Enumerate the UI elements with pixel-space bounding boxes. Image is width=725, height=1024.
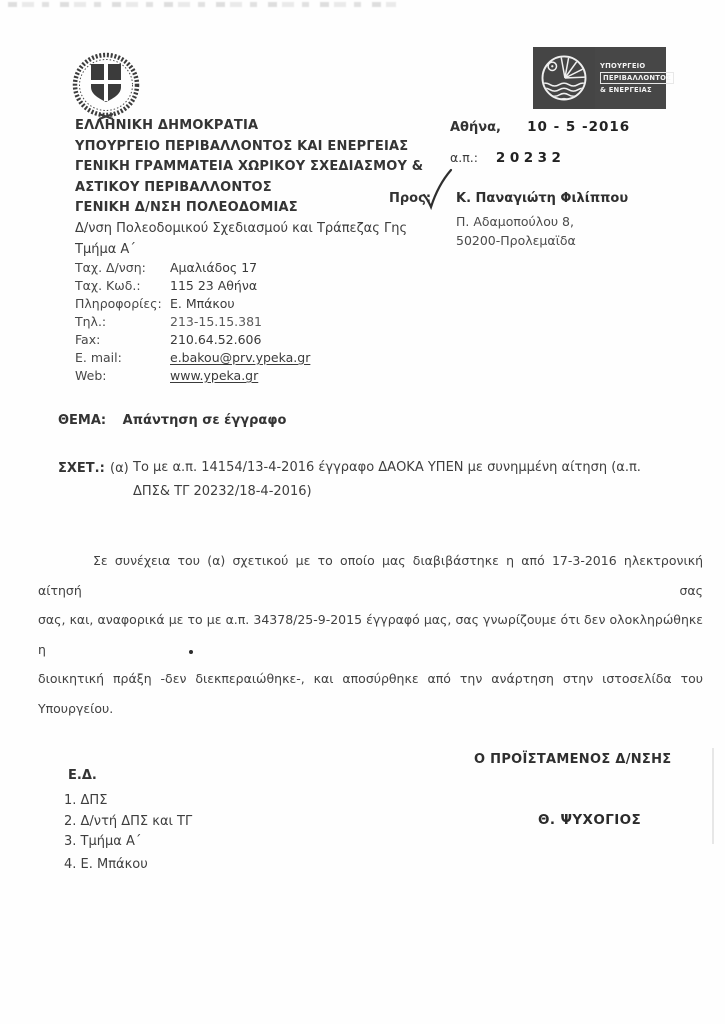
contact-row-fax: Fax: 210.64.52.606 (75, 331, 310, 349)
scan-edge-smudge (712, 748, 714, 844)
body-line: Σε συνέχεια του (α) σχετικού με το οποίο… (38, 546, 703, 605)
contact-email-value: e.bakou@prv.ypeka.gr (170, 349, 310, 367)
distribution-item: 2. Δ/ντή ΔΠΣ και ΤΓ (64, 812, 192, 833)
ministry-logo-emblem (533, 47, 595, 109)
org-directorate: Δ/νση Πολεοδομικού Σχεδιασμού και Τράπεζ… (75, 219, 423, 240)
ministry-logo-text: ΥΠΟΥΡΓΕΙΟ ΠΕΡΙΒΑΛΛΟΝΤΟΣ & ΕΝΕΡΓΕΙΑΣ (595, 47, 666, 109)
reference-line2: ΔΠΣ& ΤΓ 20232/18-4-2016) (133, 484, 312, 499)
recipient-address-line1: Π. Αδαμοπούλου 8, (456, 213, 576, 232)
logo-text-line3: & ΕΝΕΡΓΕΙΑΣ (600, 86, 666, 94)
logo-text-line1: ΥΠΟΥΡΓΕΙΟ (600, 62, 666, 70)
contact-label: Ταχ. Δ/νση: (75, 259, 170, 277)
handwritten-checkmark-icon (420, 167, 454, 217)
contact-row-information: Πληροφορίες: Ε. Μπάκου (75, 295, 310, 313)
logo-text-line2: ΠΕΡΙΒΑΛΛΟΝΤΟΣ (600, 72, 674, 84)
ink-dot-artifact (189, 650, 193, 654)
org-ministry: ΥΠΟΥΡΓΕΙΟ ΠΕΡΙΒΑΛΛΟΝΤΟΣ ΚΑΙ ΕΝΕΡΓΕΙΑΣ (75, 137, 423, 158)
contact-row-web: Web: www.ypeka.gr (75, 367, 310, 385)
contact-label: Πληροφορίες: (75, 295, 170, 313)
contact-value: Ε. Μπάκου (170, 295, 310, 313)
org-directorate-general: ΓΕΝΙΚΗ Δ/ΝΣΗ ΠΟΛΕΟΔΟΜΙΑΣ (75, 198, 423, 219)
ministry-logo-icon: ΥΠΟΥΡΓΕΙΟ ΠΕΡΙΒΑΛΛΟΝΤΟΣ & ΕΝΕΡΓΕΙΑΣ (533, 47, 666, 109)
contact-row-email: E. mail: e.bakou@prv.ypeka.gr (75, 349, 310, 367)
letterhead-org-block: ΕΛΛΗΝΙΚΗ ΔΗΜΟΚΡΑΤΙΑ ΥΠΟΥΡΓΕΙΟ ΠΕΡΙΒΑΛΛΟΝ… (75, 116, 423, 260)
subject-label: ΘΕΜΑ: (58, 413, 106, 428)
scanned-letter-page: ΕΛΛΗΝΙΚΗ ΔΗΜΟΚΡΑΤΙΑ ΥΠΟΥΡΓΕΙΟ ΠΕΡΙΒΑΛΛΟΝ… (0, 0, 725, 1024)
org-secretariat-line1: ΓΕΝΙΚΗ ΓΡΑΜΜΑΤΕΙΑ ΧΩΡΙΚΟΥ ΣΧΕΔΙΑΣΜΟΥ & (75, 157, 423, 178)
signatory-name: Θ. ΨΥΧΟΓΙΟΣ (538, 812, 641, 828)
contact-value: Αμαλιάδος 17 (170, 259, 310, 277)
distribution-list: 1. ΔΠΣ 2. Δ/ντή ΔΠΣ και ΤΓ 3. Τμήμα Α΄ 4… (64, 791, 192, 875)
greek-coat-of-arms-icon (71, 52, 141, 124)
recipient-address-line2: 50200-Προλεμαϊδα (456, 232, 576, 251)
contact-value: 115 23 Αθήνα (170, 277, 310, 295)
contact-web-value: www.ypeka.gr (170, 367, 310, 385)
org-secretariat-line2: ΑΣΤΙΚΟΥ ΠΕΡΙΒΑΛΛΟΝΤΟΣ (75, 178, 423, 199)
contact-row-postcode: Ταχ. Κωδ.: 115 23 Αθήνα (75, 277, 310, 295)
reference-item-marker: (α) (110, 461, 129, 476)
body-paragraph: Σε συνέχεια του (α) σχετικού με το οποίο… (38, 546, 703, 723)
date-line: Αθήνα, 10 - 5 -2016 (450, 119, 630, 135)
body-line: σας, και, αναφορικά με το με α.π. 34378/… (38, 605, 703, 664)
contact-label: Web: (75, 367, 170, 385)
body-line: διοικητική πράξη -δεν διεκπεραιώθηκε-, κ… (38, 664, 703, 694)
contact-details-block: Ταχ. Δ/νση: Αμαλιάδος 17 Ταχ. Κωδ.: 115 … (75, 259, 310, 385)
contact-value: 213-15.15.381 (170, 313, 310, 331)
contact-row-phone: Τηλ.: 213-15.15.381 (75, 313, 310, 331)
body-line: Υπουργείου. (38, 694, 703, 724)
protocol-label: α.π.: (450, 150, 478, 165)
contact-label: Fax: (75, 331, 170, 349)
contact-label: E. mail: (75, 349, 170, 367)
contact-value: 210.64.52.606 (170, 331, 310, 349)
contact-label: Ταχ. Κωδ.: (75, 277, 170, 295)
distribution-label: Ε.Δ. (68, 768, 97, 783)
distribution-item: 1. ΔΠΣ (64, 791, 192, 812)
signatory-title: Ο ΠΡΟΪΣΤΑΜΕΝΟΣ Δ/ΝΣΗΣ (474, 752, 671, 767)
fax-header-artifact (8, 2, 396, 7)
contact-label: Τηλ.: (75, 313, 170, 331)
reference-label: ΣΧΕΤ.: (58, 461, 105, 476)
recipient-address: Π. Αδαμοπούλου 8, 50200-Προλεμαϊδα (456, 213, 576, 250)
subject-text: Απάντηση σε έγγραφο (123, 413, 287, 428)
recipient-name: Κ. Παναγιώτη Φιλίππου (456, 191, 628, 206)
reference-line1: Το με α.π. 14154/13-4-2016 έγγραφο ΔΑΟΚΑ… (133, 460, 699, 475)
org-republic: ΕΛΛΗΝΙΚΗ ΔΗΜΟΚΡΑΤΙΑ (75, 116, 423, 137)
distribution-item: 3. Τμήμα Α΄ (64, 832, 192, 853)
protocol-number: 20232 (496, 150, 565, 166)
document-date: 10 - 5 -2016 (527, 119, 630, 135)
org-department: Τμήμα Α΄ (75, 240, 423, 261)
contact-row-address: Ταχ. Δ/νση: Αμαλιάδος 17 (75, 259, 310, 277)
distribution-item: 4. Ε. Μπάκου (64, 855, 192, 876)
protocol-line: α.π.: 20232 (450, 150, 565, 166)
city-label: Αθήνα, (450, 120, 501, 135)
subject-line: ΘΕΜΑ: Απάντηση σε έγγραφο (58, 413, 286, 428)
